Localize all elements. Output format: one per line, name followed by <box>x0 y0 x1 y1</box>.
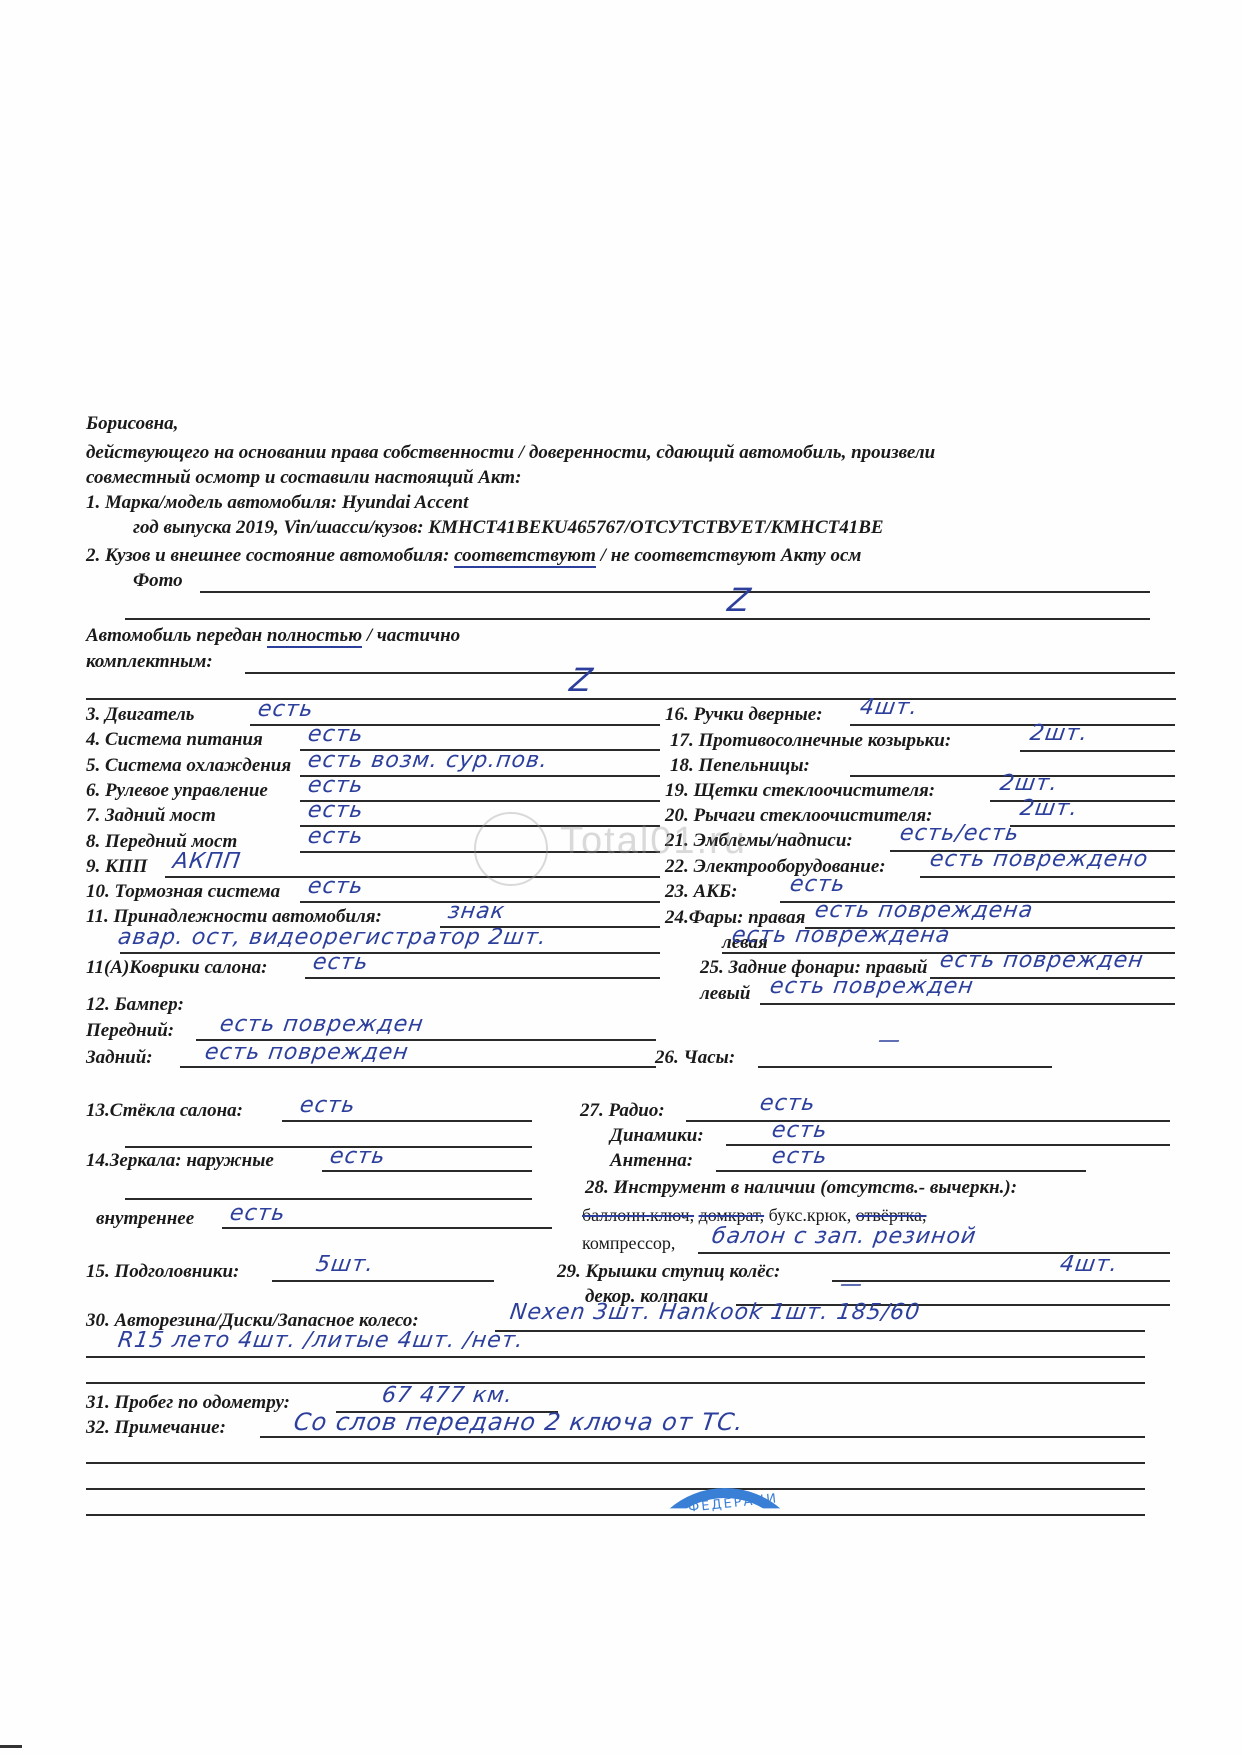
mirrors-line <box>322 1170 532 1172</box>
complete-prefix: Автомобиль передан <box>86 625 267 646</box>
left-item-label: 3. Двигатель <box>86 705 194 724</box>
odometer-label: 31. Пробег по одометру: <box>86 1393 290 1412</box>
right-item-line <box>850 724 1175 726</box>
completeness-line-2 <box>86 698 1176 700</box>
left-item-value: есть возм. сур.пов. <box>306 750 549 772</box>
tires-value-line2: R15 лето 4шт. /литые 4шт. /нет. <box>116 1330 525 1352</box>
left-item-label: 10. Тормозная система <box>86 882 280 901</box>
antenna-value: есть <box>770 1146 829 1168</box>
glass-line <box>282 1120 532 1122</box>
right-item-line <box>760 1003 1175 1005</box>
clock-label: 26. Часы: <box>655 1048 735 1067</box>
radio-label: 27. Радио: <box>580 1101 665 1120</box>
photo-value: Z <box>726 584 753 616</box>
right-item-value: есть поврежден <box>938 950 1145 972</box>
mirrors-inner-label: внутреннее <box>96 1209 194 1228</box>
headrests-label: 15. Подголовники: <box>86 1262 239 1281</box>
right-item-value: 4шт. <box>858 697 919 719</box>
right-item-line <box>1010 825 1175 827</box>
odometer-value: 67 477 км. <box>380 1385 514 1407</box>
item1-make-model: 1. Марка/модель автомобиля: Hyundai Acce… <box>86 493 468 512</box>
glass-label: 13.Стёкла салона: <box>86 1101 243 1120</box>
right-item-value: есть/есть <box>898 823 1020 845</box>
item2-prefix: 2. Кузов и внешнее состояние автомобиля: <box>86 545 454 566</box>
watermark-text: Total01.ru <box>560 820 747 863</box>
right-item-value: есть повреждена <box>813 900 1034 922</box>
note-line <box>260 1436 1145 1438</box>
left-item-line <box>120 952 660 954</box>
radio-value: есть <box>758 1093 817 1115</box>
left-item-value: есть <box>311 952 370 974</box>
headrests-value: 5шт. <box>314 1254 375 1276</box>
right-item-label: 18. Пепельницы: <box>670 756 810 775</box>
mirrors-inner-line <box>222 1227 552 1229</box>
right-item-label: 17. Противосолнечные козырьки: <box>670 731 951 750</box>
bumper-rear-label: Задний: <box>86 1048 153 1067</box>
car-cloud-icon <box>474 812 548 886</box>
note-label: 32. Примечание: <box>86 1418 226 1437</box>
left-item-label: 11. Принадлежности автомобиля: <box>86 907 382 926</box>
bumper-front-value: есть поврежден <box>218 1014 425 1036</box>
photo-label: Фото <box>133 571 183 590</box>
left-item-value: АКПП <box>171 851 242 873</box>
completeness-line-1 <box>245 672 1175 674</box>
tools-label: 28. Инструмент в наличии (отсутств.- выч… <box>585 1178 1017 1197</box>
tools-list: баллонн.ключ, домкрат, букс.крюк, отвёрт… <box>582 1206 927 1224</box>
right-item-line <box>1020 750 1175 752</box>
item2-selected-option: соответствуют <box>454 545 596 568</box>
bumper-rear-line <box>180 1066 656 1068</box>
complete-selected-option: полностью <box>267 625 362 648</box>
tool-wheel-wrench: баллонн.ключ, <box>582 1205 694 1225</box>
intro-line1: действующего на основании права собствен… <box>86 443 935 462</box>
left-item-value: авар. ост, видеорегистратор 2шт. <box>116 927 548 949</box>
completeness-label: комплектным: <box>86 652 213 671</box>
right-item-value: 2шт. <box>1018 798 1079 820</box>
left-item-value: есть <box>256 699 315 721</box>
left-item-line <box>165 876 660 878</box>
left-item-line <box>305 977 660 979</box>
item1-year-vin: год выпуска 2019, Vin/шасси/кузов: KMHCT… <box>133 518 884 537</box>
right-item-value: есть поврежден <box>768 976 975 998</box>
intro-line2: совместный осмотр и составили настоящий … <box>86 468 521 487</box>
note-line-4 <box>86 1514 1145 1516</box>
hubcaps-label: 29. Крышки ступиц колёс: <box>557 1262 780 1281</box>
right-item-label: 16. Ручки дверные: <box>665 705 823 724</box>
photo-line <box>200 591 1150 593</box>
left-item-label: 7. Задний мост <box>86 806 216 825</box>
left-item-value: есть <box>306 800 365 822</box>
hubcaps-value: 4шт. <box>1058 1254 1119 1276</box>
tires-value-line1: Nexen 3шт. Hankook 1шт. 185/60 <box>508 1302 921 1324</box>
left-item-label: 11(А)Коврики салона: <box>86 958 268 977</box>
radio-line <box>686 1120 1170 1122</box>
mirrors-inner-value: есть <box>228 1203 287 1225</box>
right-item-value: есть <box>788 874 847 896</box>
right-item-value: есть повреждено <box>928 849 1149 871</box>
right-item-value: 2шт. <box>1028 723 1089 745</box>
right-item-label: 23. АКБ: <box>665 882 737 901</box>
tool-compressor: компрессор, <box>582 1234 675 1252</box>
left-item-label: 9. КПП <box>86 857 147 876</box>
right-item-label: левый <box>700 984 750 1003</box>
headrests-line <box>272 1280 494 1282</box>
clock-line <box>758 1066 1052 1068</box>
note-value: Со слов передано 2 ключа от ТС. <box>292 1410 745 1434</box>
bumper-title: 12. Бампер: <box>86 995 184 1014</box>
glass-value: есть <box>298 1095 357 1117</box>
completeness-value: Z <box>568 664 595 696</box>
left-item-label: 4. Система питания <box>86 730 263 749</box>
speakers-value: есть <box>770 1120 829 1142</box>
completeness-line: Автомобиль передан полностью / частично <box>86 626 460 645</box>
mirrors-value: есть <box>328 1146 387 1168</box>
tool-tow-hook: букс.крюк, <box>769 1205 852 1225</box>
left-item-value: есть <box>306 724 365 746</box>
clock-value: — <box>876 1030 902 1052</box>
glass-line-2 <box>125 1146 532 1148</box>
note-line-2 <box>86 1462 1145 1464</box>
speakers-label: Динамики: <box>610 1126 704 1145</box>
right-item-line <box>990 800 1175 802</box>
tools-value: балон с зап. резиной <box>710 1226 977 1248</box>
scan-edge-mark <box>0 1745 22 1748</box>
right-item-value: есть повреждена <box>730 925 951 947</box>
tires-line <box>495 1330 1145 1332</box>
decor-caps-value: — <box>838 1274 864 1296</box>
mirrors-line-2 <box>125 1198 532 1200</box>
bumper-rear-value: есть поврежден <box>203 1042 410 1064</box>
left-item-value: есть <box>306 876 365 898</box>
complete-suffix: / частично <box>362 625 460 646</box>
left-item-label: 5. Система охлаждения <box>86 756 291 775</box>
intro-name: Борисовна, <box>86 414 178 433</box>
left-item-label: 6. Рулевое управление <box>86 781 268 800</box>
tires-line-2 <box>86 1356 1145 1358</box>
left-item-value: знак <box>446 901 506 923</box>
antenna-label: Антенна: <box>610 1151 693 1170</box>
mirrors-label: 14.Зеркала: наружные <box>86 1151 274 1170</box>
tool-screwdriver: отвёртка, <box>856 1205 927 1225</box>
hubcaps-line <box>832 1280 1170 1282</box>
right-item-label: 19. Щетки стеклоочистителя: <box>665 781 935 800</box>
left-item-value: есть <box>306 826 365 848</box>
note-line-3 <box>86 1488 1145 1490</box>
right-item-line <box>920 876 1175 878</box>
tool-jack: домкрат, <box>699 1205 765 1225</box>
left-item-value: есть <box>306 775 365 797</box>
item2-body-state: 2. Кузов и внешнее состояние автомобиля:… <box>86 546 861 565</box>
item2-suffix: / не соответствуют Акту осм <box>596 545 862 566</box>
bumper-front-label: Передний: <box>86 1021 174 1040</box>
antenna-line <box>716 1170 1086 1172</box>
right-item-value: 2шт. <box>998 773 1059 795</box>
tires-line-3 <box>86 1382 1145 1384</box>
photo-line-2 <box>125 618 1150 620</box>
